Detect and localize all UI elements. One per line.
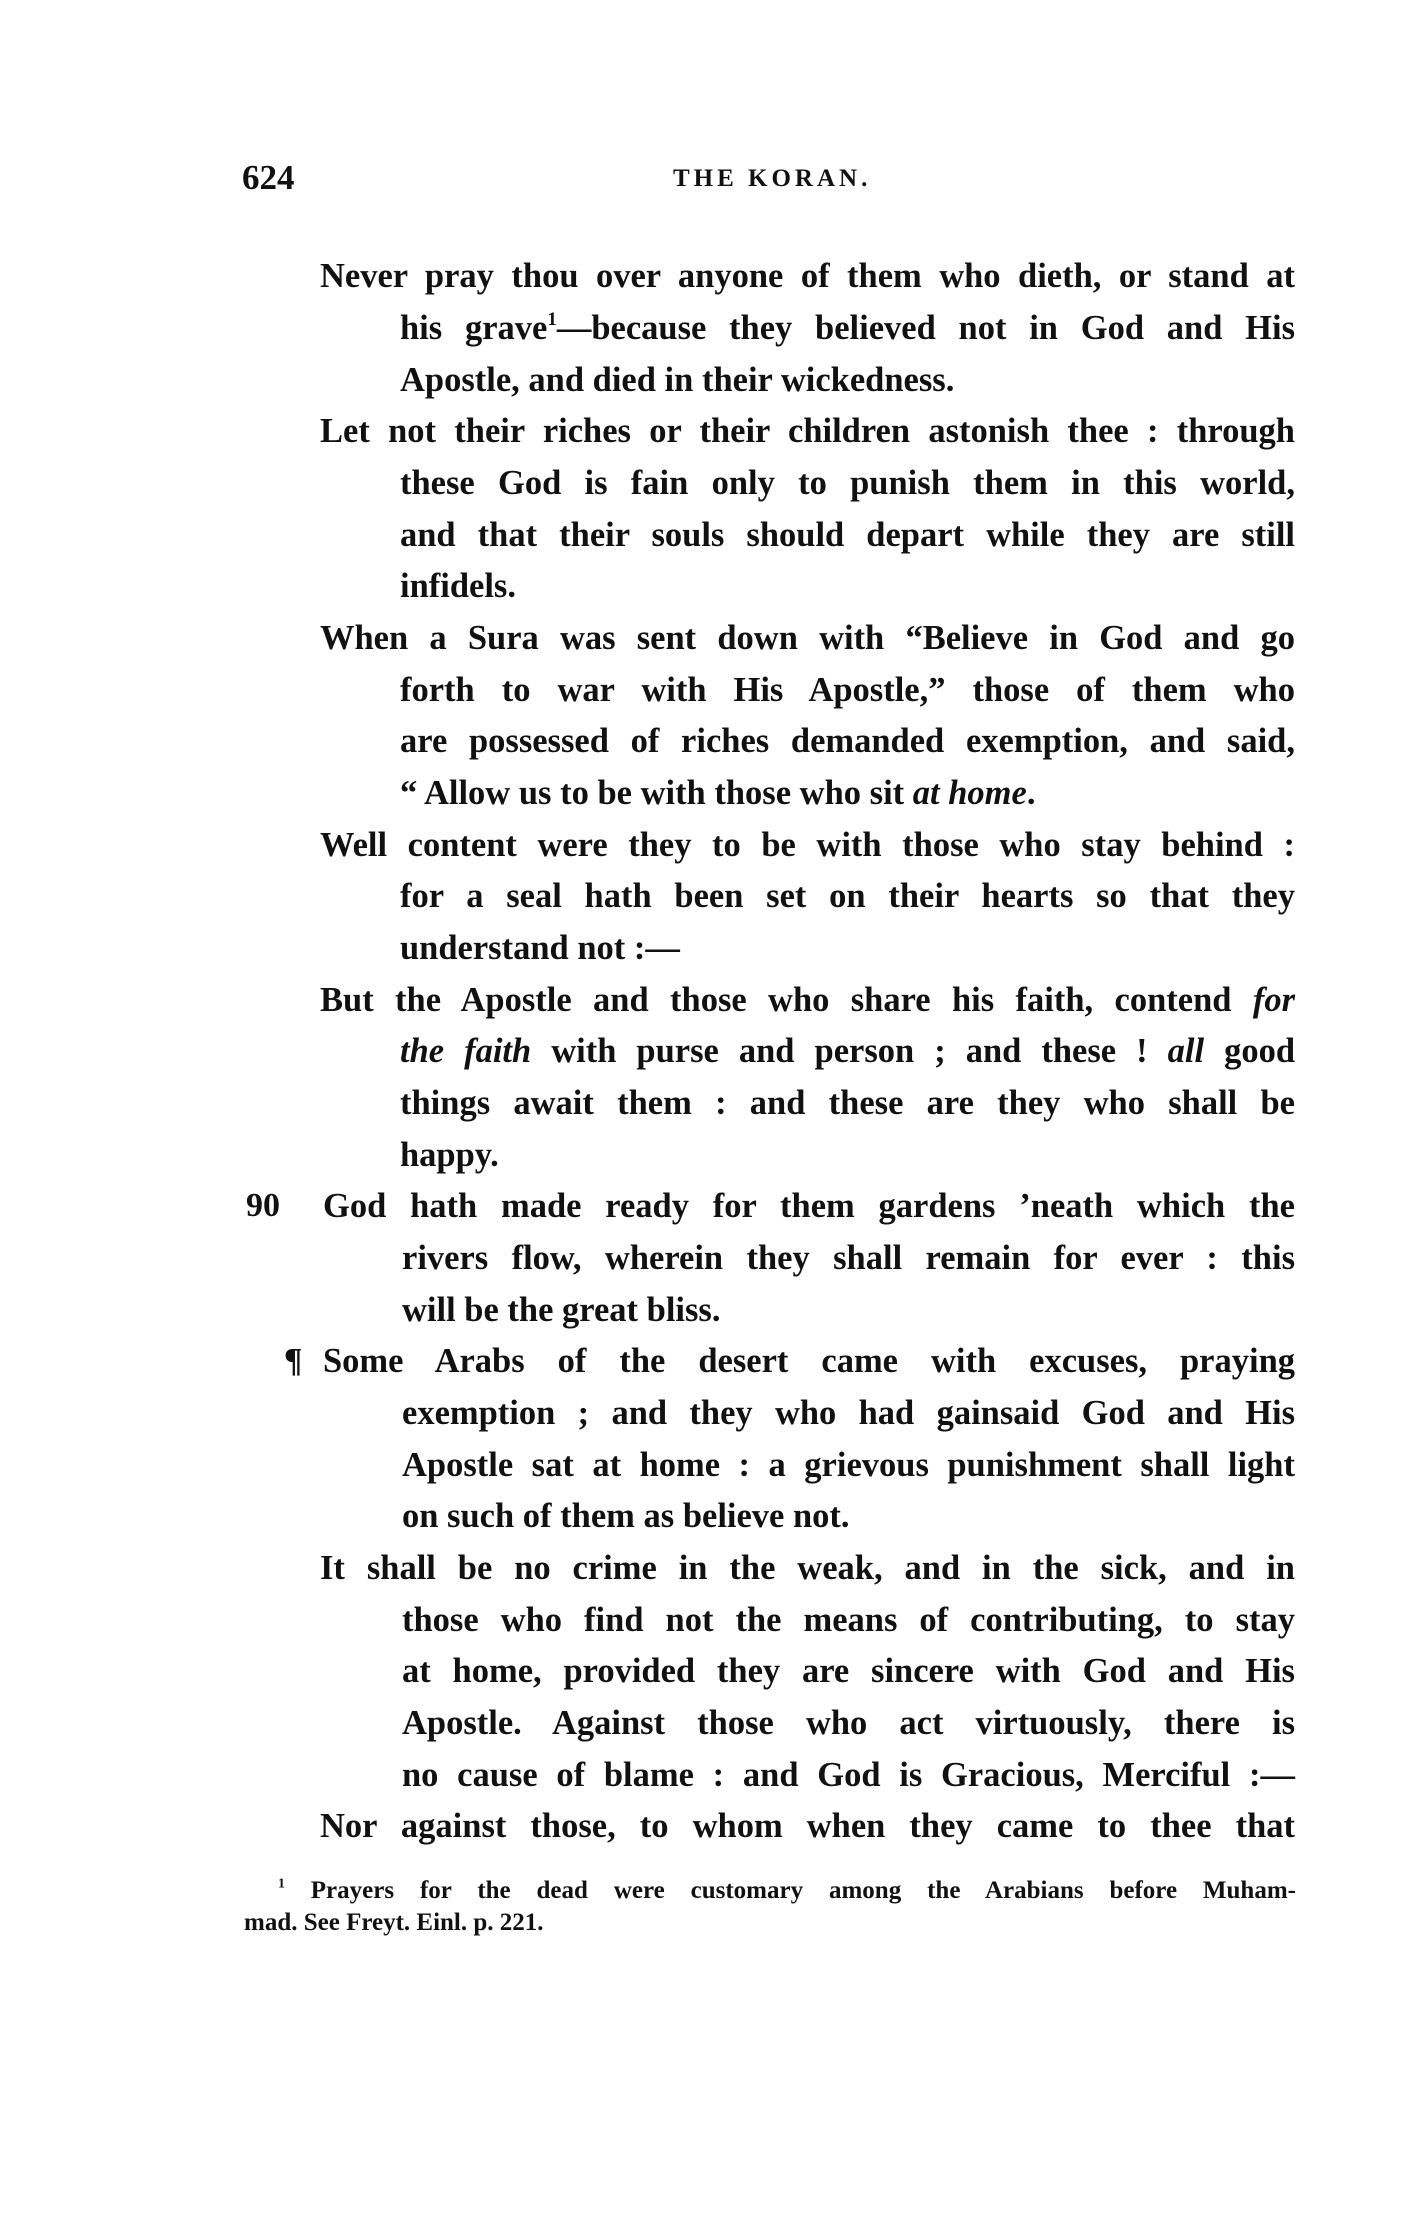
text-line: infidels. <box>400 566 1295 606</box>
italic-text: all <box>1168 1032 1204 1070</box>
text-line: and that their souls should depart while… <box>400 515 1295 555</box>
text-line: Let not their riches or their children a… <box>320 411 1295 451</box>
text-line: Apostle, and died in their wickedness. <box>400 360 1295 400</box>
text-line: When a Sura was sent down with “Believe … <box>320 618 1295 658</box>
text-line: “ Allow us to be with those who sit at h… <box>400 773 1295 813</box>
verse-number: 90 <box>246 1186 280 1226</box>
footnote-line: mad. See Freyt. Einl. p. 221. <box>244 1908 1296 1938</box>
book-page: 624 THE KORAN. Never pray thou over anyo… <box>0 0 1403 2236</box>
text-line: no cause of blame : and God is Gracious,… <box>402 1755 1295 1795</box>
text-line: Apostle sat at home : a grievous punishm… <box>402 1445 1295 1485</box>
page-number: 624 <box>242 158 295 198</box>
footnote-ref[interactable]: 1 <box>547 309 556 330</box>
italic-text: the faith <box>400 1032 531 1070</box>
text-line: are possessed of riches demanded exempti… <box>400 721 1295 761</box>
text-line: But the Apostle and those who share his … <box>320 980 1295 1020</box>
pilcrow-icon: ¶ <box>284 1341 302 1381</box>
text-line: will be the great bliss. <box>402 1290 1295 1330</box>
footnote-marker: 1 <box>278 1876 285 1891</box>
italic-text: for <box>1253 981 1295 1019</box>
running-title: THE KORAN. <box>673 165 871 193</box>
text-line: forth to war with His Apostle,” those of… <box>400 670 1295 710</box>
text-line: God hath made ready for them gardens ’ne… <box>323 1186 1295 1226</box>
text-line: the faith with purse and person ; and th… <box>400 1031 1295 1071</box>
text-line: things await them : and these are they w… <box>400 1083 1295 1123</box>
text-line: Some Arabs of the desert came with excus… <box>323 1341 1295 1381</box>
text-line: for a seal hath been set on their hearts… <box>400 876 1295 916</box>
text-line: exemption ; and they who had gainsaid Go… <box>402 1393 1295 1433</box>
text-line: Well content were they to be with those … <box>320 825 1295 865</box>
text-line: at home, provided they are sincere with … <box>402 1651 1295 1691</box>
text-line: those who find not the means of contribu… <box>402 1600 1295 1640</box>
text-line: understand not :— <box>400 928 1295 968</box>
text-line: on such of them as believe not. <box>402 1496 1295 1536</box>
text-line: happy. <box>400 1135 1295 1175</box>
text-line: these God is fain only to punish them in… <box>400 463 1295 503</box>
text-line: Apostle. Against those who act virtuousl… <box>402 1703 1295 1743</box>
text-line: It shall be no crime in the weak, and in… <box>320 1548 1295 1588</box>
running-head: 624 THE KORAN. <box>240 158 1298 202</box>
italic-text: at home <box>913 774 1027 812</box>
text-line: Nor against those, to whom when they cam… <box>320 1806 1295 1846</box>
text-line: rivers flow, wherein they shall remain f… <box>402 1238 1295 1278</box>
text-line: Never pray thou over anyone of them who … <box>320 256 1295 296</box>
text-line: his grave1—because they believed not in … <box>400 308 1295 348</box>
footnote-line: 1 Prayers for the dead were customary am… <box>278 1876 1296 1906</box>
